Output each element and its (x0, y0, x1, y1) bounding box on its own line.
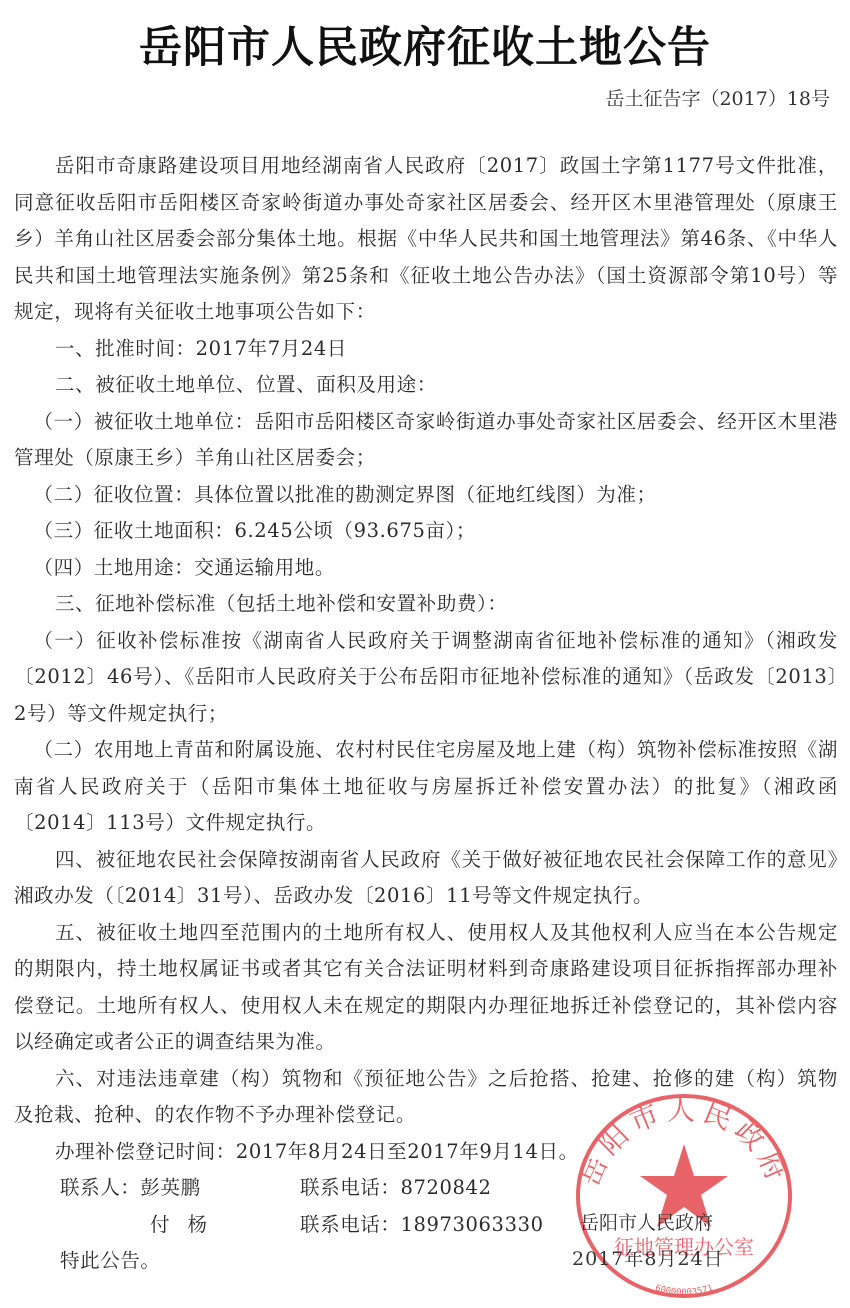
section-5: 五、被征收土地四至范围内的土地所有权人、使用权人及其他权利人应当在本公告规定的期… (14, 915, 838, 1061)
section-3-2: （二）农用地上青苗和附属设施、农村村民住宅房屋及地上建（构）筑物补偿标准按照《湖… (14, 732, 838, 842)
document-title: 岳阳市人民政府征收土地公告 (0, 14, 850, 75)
contact-name: 彭英鹏 (140, 1176, 200, 1199)
phone-number: 8720842 (401, 1176, 492, 1199)
issue-date: 2017年8月24日 (572, 1241, 724, 1277)
document-number: 岳土征告字（2017）18号 (605, 84, 830, 111)
issuer-name: 岳阳市人民政府 (580, 1205, 724, 1241)
section-2: 二、被征收土地单位、位置、面积及用途： (14, 367, 838, 404)
contact-2-name: 付杨 (60, 1207, 300, 1244)
contact-label: 联系人： (60, 1176, 140, 1199)
section-3: 三、征地补偿标准（包括土地补偿和安置补助费）： (14, 586, 838, 623)
phone-number: 18973063330 (401, 1213, 544, 1236)
section-4: 四、被征地农民社会保障按湖南省人民政府《关于做好被征地农民社会保障工作的意见》湘… (14, 842, 838, 915)
section-1: 一、批准时间：2017年7月24日 (14, 331, 838, 368)
contact-1-phone: 联系电话：8720842 (300, 1170, 492, 1207)
section-2-4: （四）土地用途：交通运输用地。 (14, 550, 838, 587)
phone-label: 联系电话： (300, 1213, 401, 1236)
section-3-1: （一）征收补偿标准按《湖南省人民政府关于调整湖南省征地补偿标准的通知》（湘政发〔… (14, 623, 838, 733)
section-2-3: （三）征收土地面积：6.245公顷（93.675亩）； (14, 513, 838, 550)
contact-1: 联系人：彭英鹏 (60, 1170, 300, 1207)
section-2-1: （一）被征收土地单位：岳阳市岳阳楼区奇家岭街道办事处奇家社区居委会、经开区木里港… (14, 404, 838, 477)
contact-2-phone: 联系电话：18973063330 (300, 1207, 544, 1244)
intro-paragraph: 岳阳市奇康路建设项目用地经湖南省人民政府〔2017〕政国土字第1177号文件批准… (14, 148, 838, 331)
phone-label: 联系电话： (300, 1176, 401, 1199)
section-2-2: （二）征收位置：具体位置以批准的勘测定界图（征地红线图）为准； (14, 477, 838, 514)
signature-block: 岳阳市人民政府 2017年8月24日 (580, 1205, 724, 1277)
